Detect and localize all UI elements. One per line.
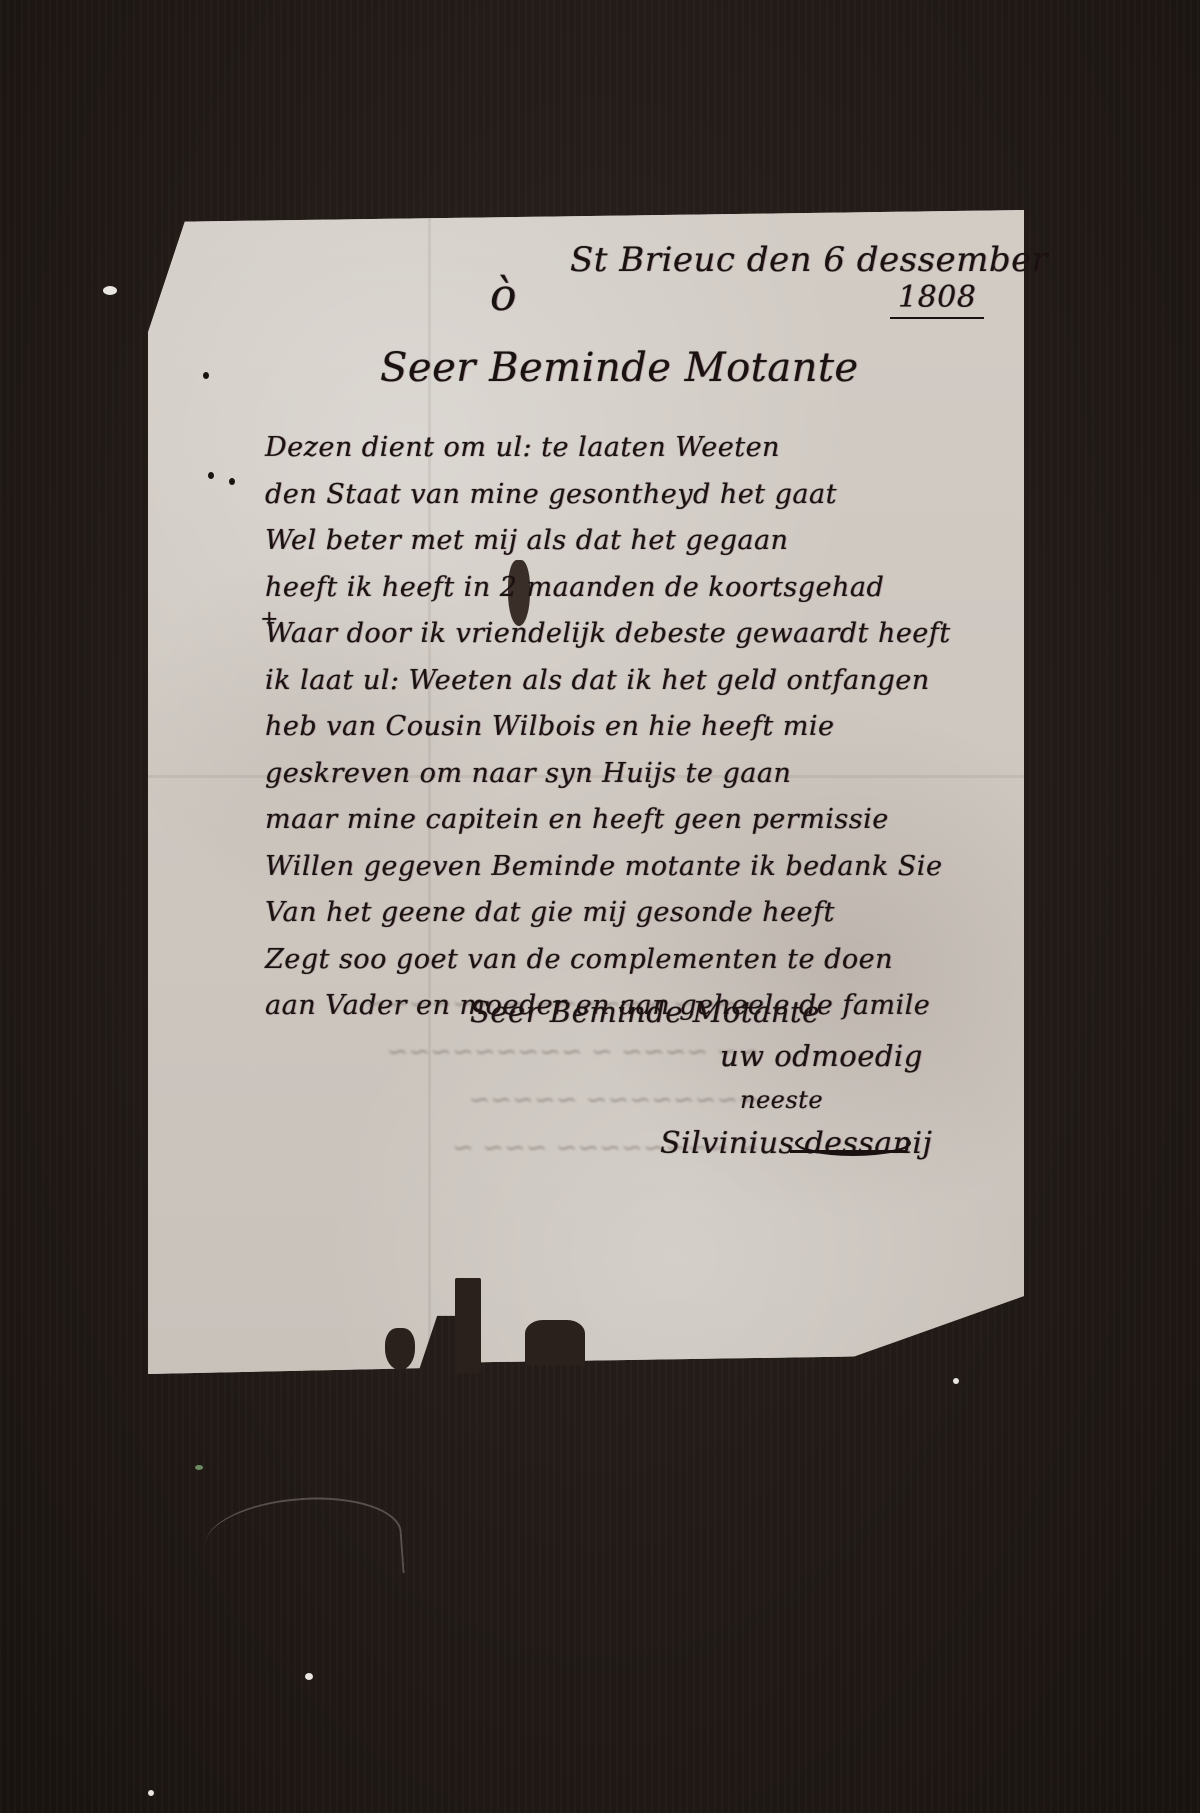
heading-marker: ò	[490, 270, 517, 321]
body-line: geskreven om naar syn Huijs te gaan	[265, 751, 951, 798]
closing-line: Seer Beminde Motante	[470, 990, 932, 1034]
signature-underline	[790, 1150, 905, 1153]
lint-fiber	[202, 1491, 404, 1587]
body-line: heeft ik heeft in 2 maanden de koortsgeh…	[265, 565, 951, 612]
ink-dot	[208, 472, 214, 479]
dust-speck	[195, 1465, 203, 1470]
body-line: Van het geene dat gie mij gesonde heeft	[265, 890, 951, 937]
place-date: St Brieuc den 6 dessember	[570, 240, 1049, 280]
letter-body: Dezen dient om ul: te laaten Weeten den …	[265, 425, 951, 1030]
dust-speck	[305, 1673, 313, 1680]
body-line: maar mine capitein en heeft geen permiss…	[265, 797, 951, 844]
body-line: Waar door ik vriendelijk debeste gewaard…	[265, 611, 951, 658]
body-line: Zegt soo goet van de complementen te doe…	[265, 937, 951, 984]
closing-line: uw odmoedig	[720, 1034, 932, 1078]
body-line: Willen gegeven Beminde motante ik bedank…	[265, 844, 951, 891]
salutation: Seer Beminde Motante	[380, 345, 859, 391]
dust-speck	[148, 1790, 154, 1796]
year: 1808	[890, 280, 984, 319]
ink-dot	[203, 372, 209, 379]
torn-edge-stain	[385, 1328, 415, 1370]
torn-notch	[525, 1320, 585, 1365]
body-line: Dezen dient om ul: te laaten Weeten	[265, 425, 951, 472]
body-line: den Staat van mine gesontheyd het gaat	[265, 472, 951, 519]
closing-line: neeste	[740, 1078, 932, 1122]
dust-speck	[953, 1378, 959, 1384]
body-line: heb van Cousin Wilbois en hie heeft mie	[265, 704, 951, 751]
body-line: Wel beter met mij als dat het gegaan	[265, 518, 951, 565]
body-line: ik laat ul: Weeten als dat ik het geld o…	[265, 658, 951, 705]
torn-notch	[455, 1278, 481, 1373]
dust-speck	[103, 286, 117, 295]
ink-dot	[229, 478, 235, 485]
